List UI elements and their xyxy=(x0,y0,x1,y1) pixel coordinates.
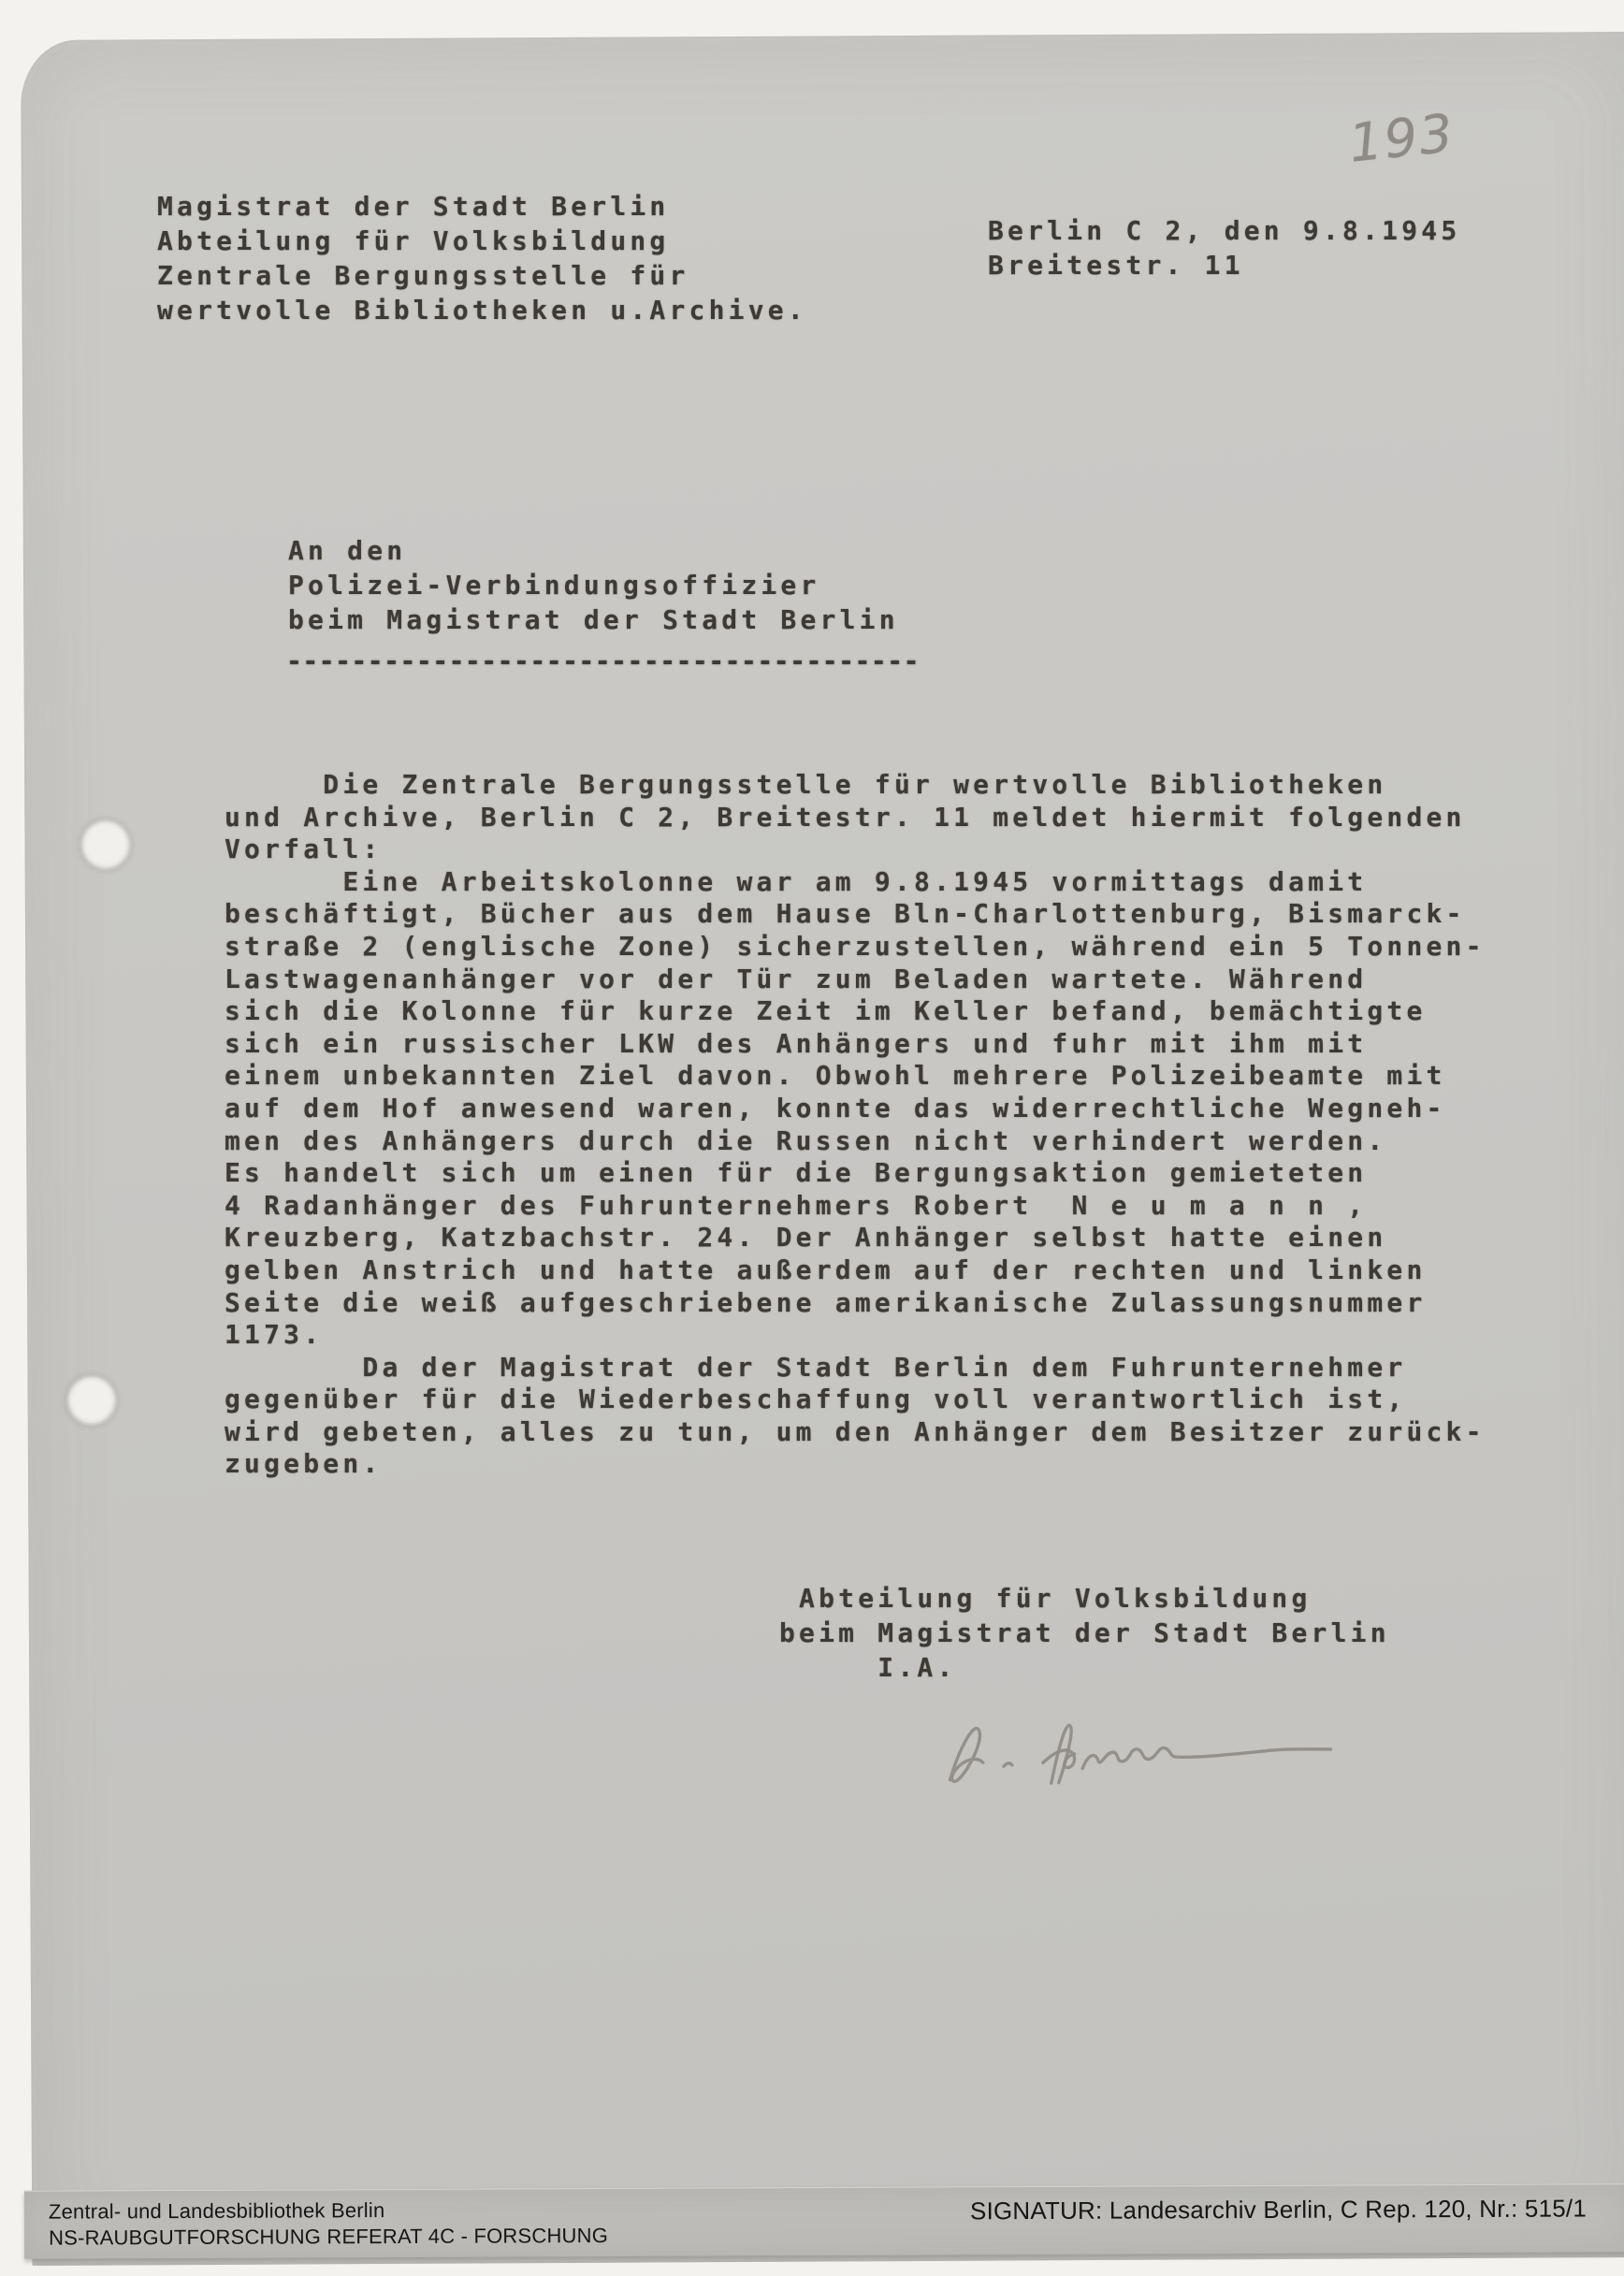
signature-stroke-he xyxy=(1042,1749,1075,1768)
signature-stroke-dot xyxy=(1004,1763,1012,1767)
handwritten-signature xyxy=(914,1673,1358,1813)
archive-footer-left: Zentral- und Landesbibliothek Berlin NS-… xyxy=(49,2196,608,2252)
archive-footer-strip: Zentral- und Landesbibliothek Berlin NS-… xyxy=(24,2183,1624,2258)
date-place-block: Berlin C 2, den 9.8.1945 Breitestr. 11 xyxy=(988,213,1460,283)
letter-body: Die Zentrale Bergungsstelle für wertvoll… xyxy=(225,769,1486,1481)
signature-stroke-initial xyxy=(948,1728,983,1781)
sender-address-block: Magistrat der Stadt Berlin Abteilung für… xyxy=(157,189,807,327)
punch-hole-top xyxy=(83,822,128,867)
punch-hole-bottom xyxy=(69,1378,114,1423)
signature-stroke-tail xyxy=(1081,1741,1331,1769)
document-scan: 193 Magistrat der Stadt Berlin Abteilung… xyxy=(0,0,1624,2276)
archive-footer-signatur: SIGNATUR: Landesarchiv Berlin, C Rep. 12… xyxy=(970,2194,1587,2225)
recipient-address-block: An den Polizei-Verbindungsoffizier beim … xyxy=(288,533,899,637)
typed-dashed-rule: --------------------------------------- xyxy=(286,644,920,678)
handwritten-page-number: 193 xyxy=(1346,103,1457,174)
closing-block: Abteilung für Volksbildung beim Magistra… xyxy=(779,1581,1390,1685)
